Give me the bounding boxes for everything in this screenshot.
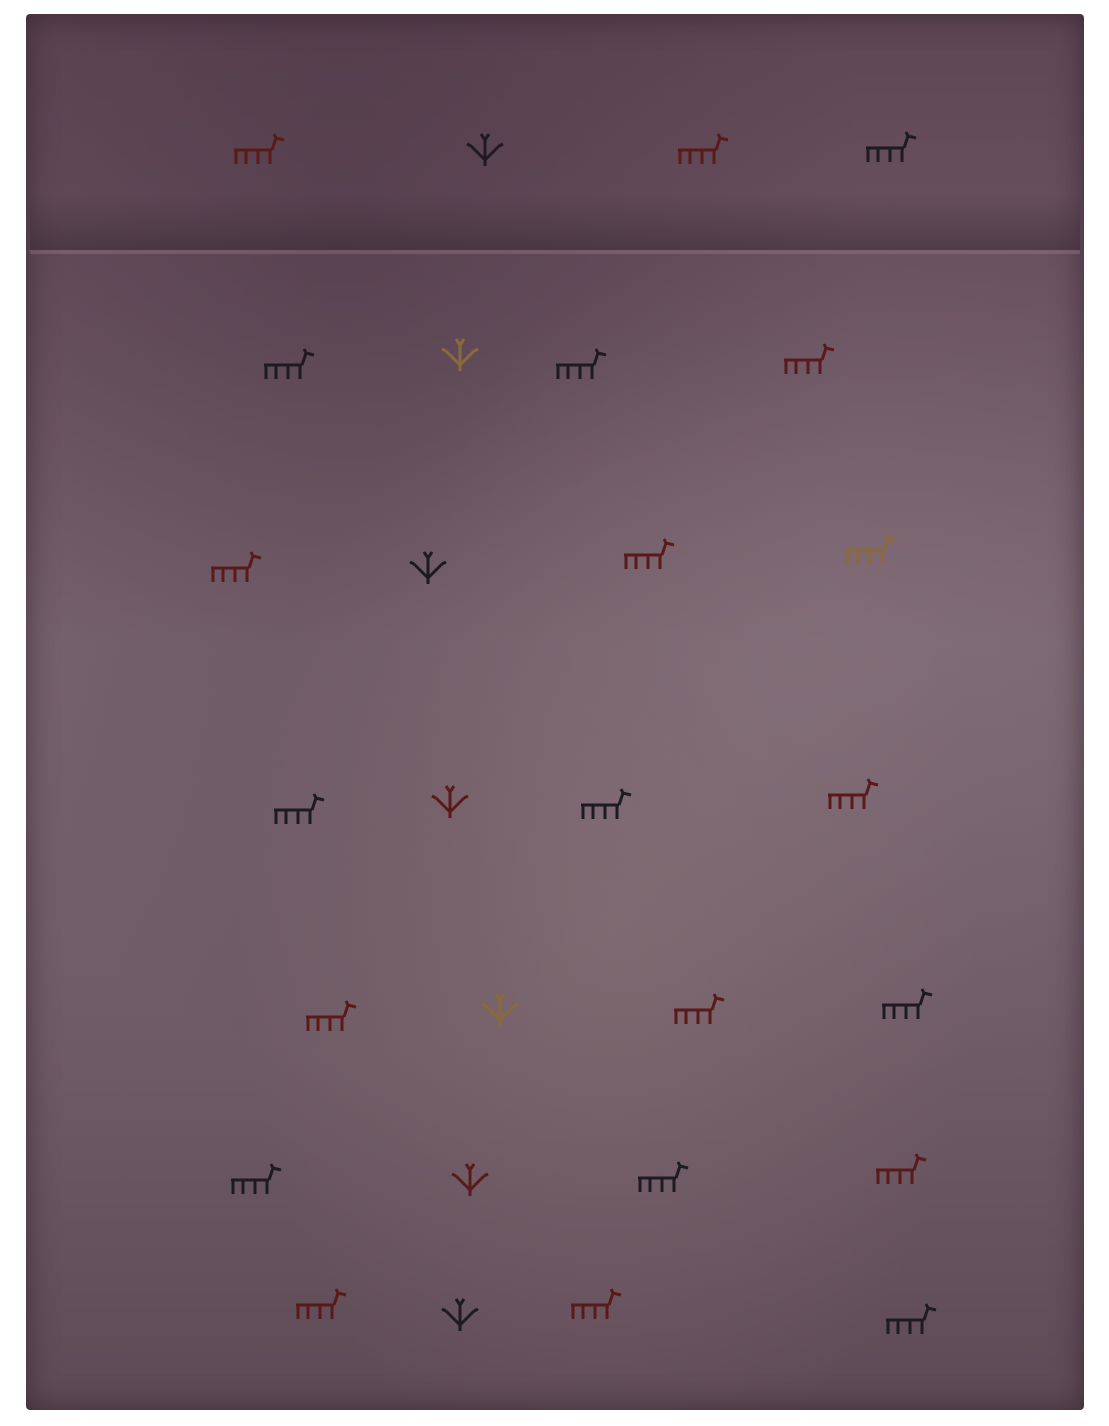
animal-motif-icon [565,1285,625,1325]
animal-motif-icon [672,130,732,170]
animal-motif-icon [880,1300,940,1340]
animal-motif-icon [778,340,838,380]
rug-fold-line [30,250,1080,254]
animal-motif-icon [268,790,328,830]
animal-motif-icon [632,1158,692,1198]
plant-motif-icon [430,335,490,375]
animal-motif-icon [668,990,728,1030]
rug-fold-shadow [30,195,1080,250]
animal-motif-icon [618,535,678,575]
plant-motif-icon [470,990,530,1030]
animal-motif-icon [876,985,936,1025]
animal-motif-icon [860,128,920,168]
animal-motif-icon [258,345,318,385]
animal-motif-icon [822,775,882,815]
plant-motif-icon [430,1295,490,1335]
animal-motif-icon [228,130,288,170]
plant-motif-icon [398,548,458,588]
animal-motif-icon [300,997,360,1037]
plant-motif-icon [440,1160,500,1200]
animal-motif-icon [840,530,900,570]
animal-motif-icon [575,785,635,825]
plant-motif-icon [420,782,480,822]
animal-motif-icon [290,1285,350,1325]
animal-motif-icon [550,345,610,385]
plant-motif-icon [455,130,515,170]
animal-motif-icon [205,548,265,588]
animal-motif-icon [225,1160,285,1200]
animal-motif-icon [870,1150,930,1190]
